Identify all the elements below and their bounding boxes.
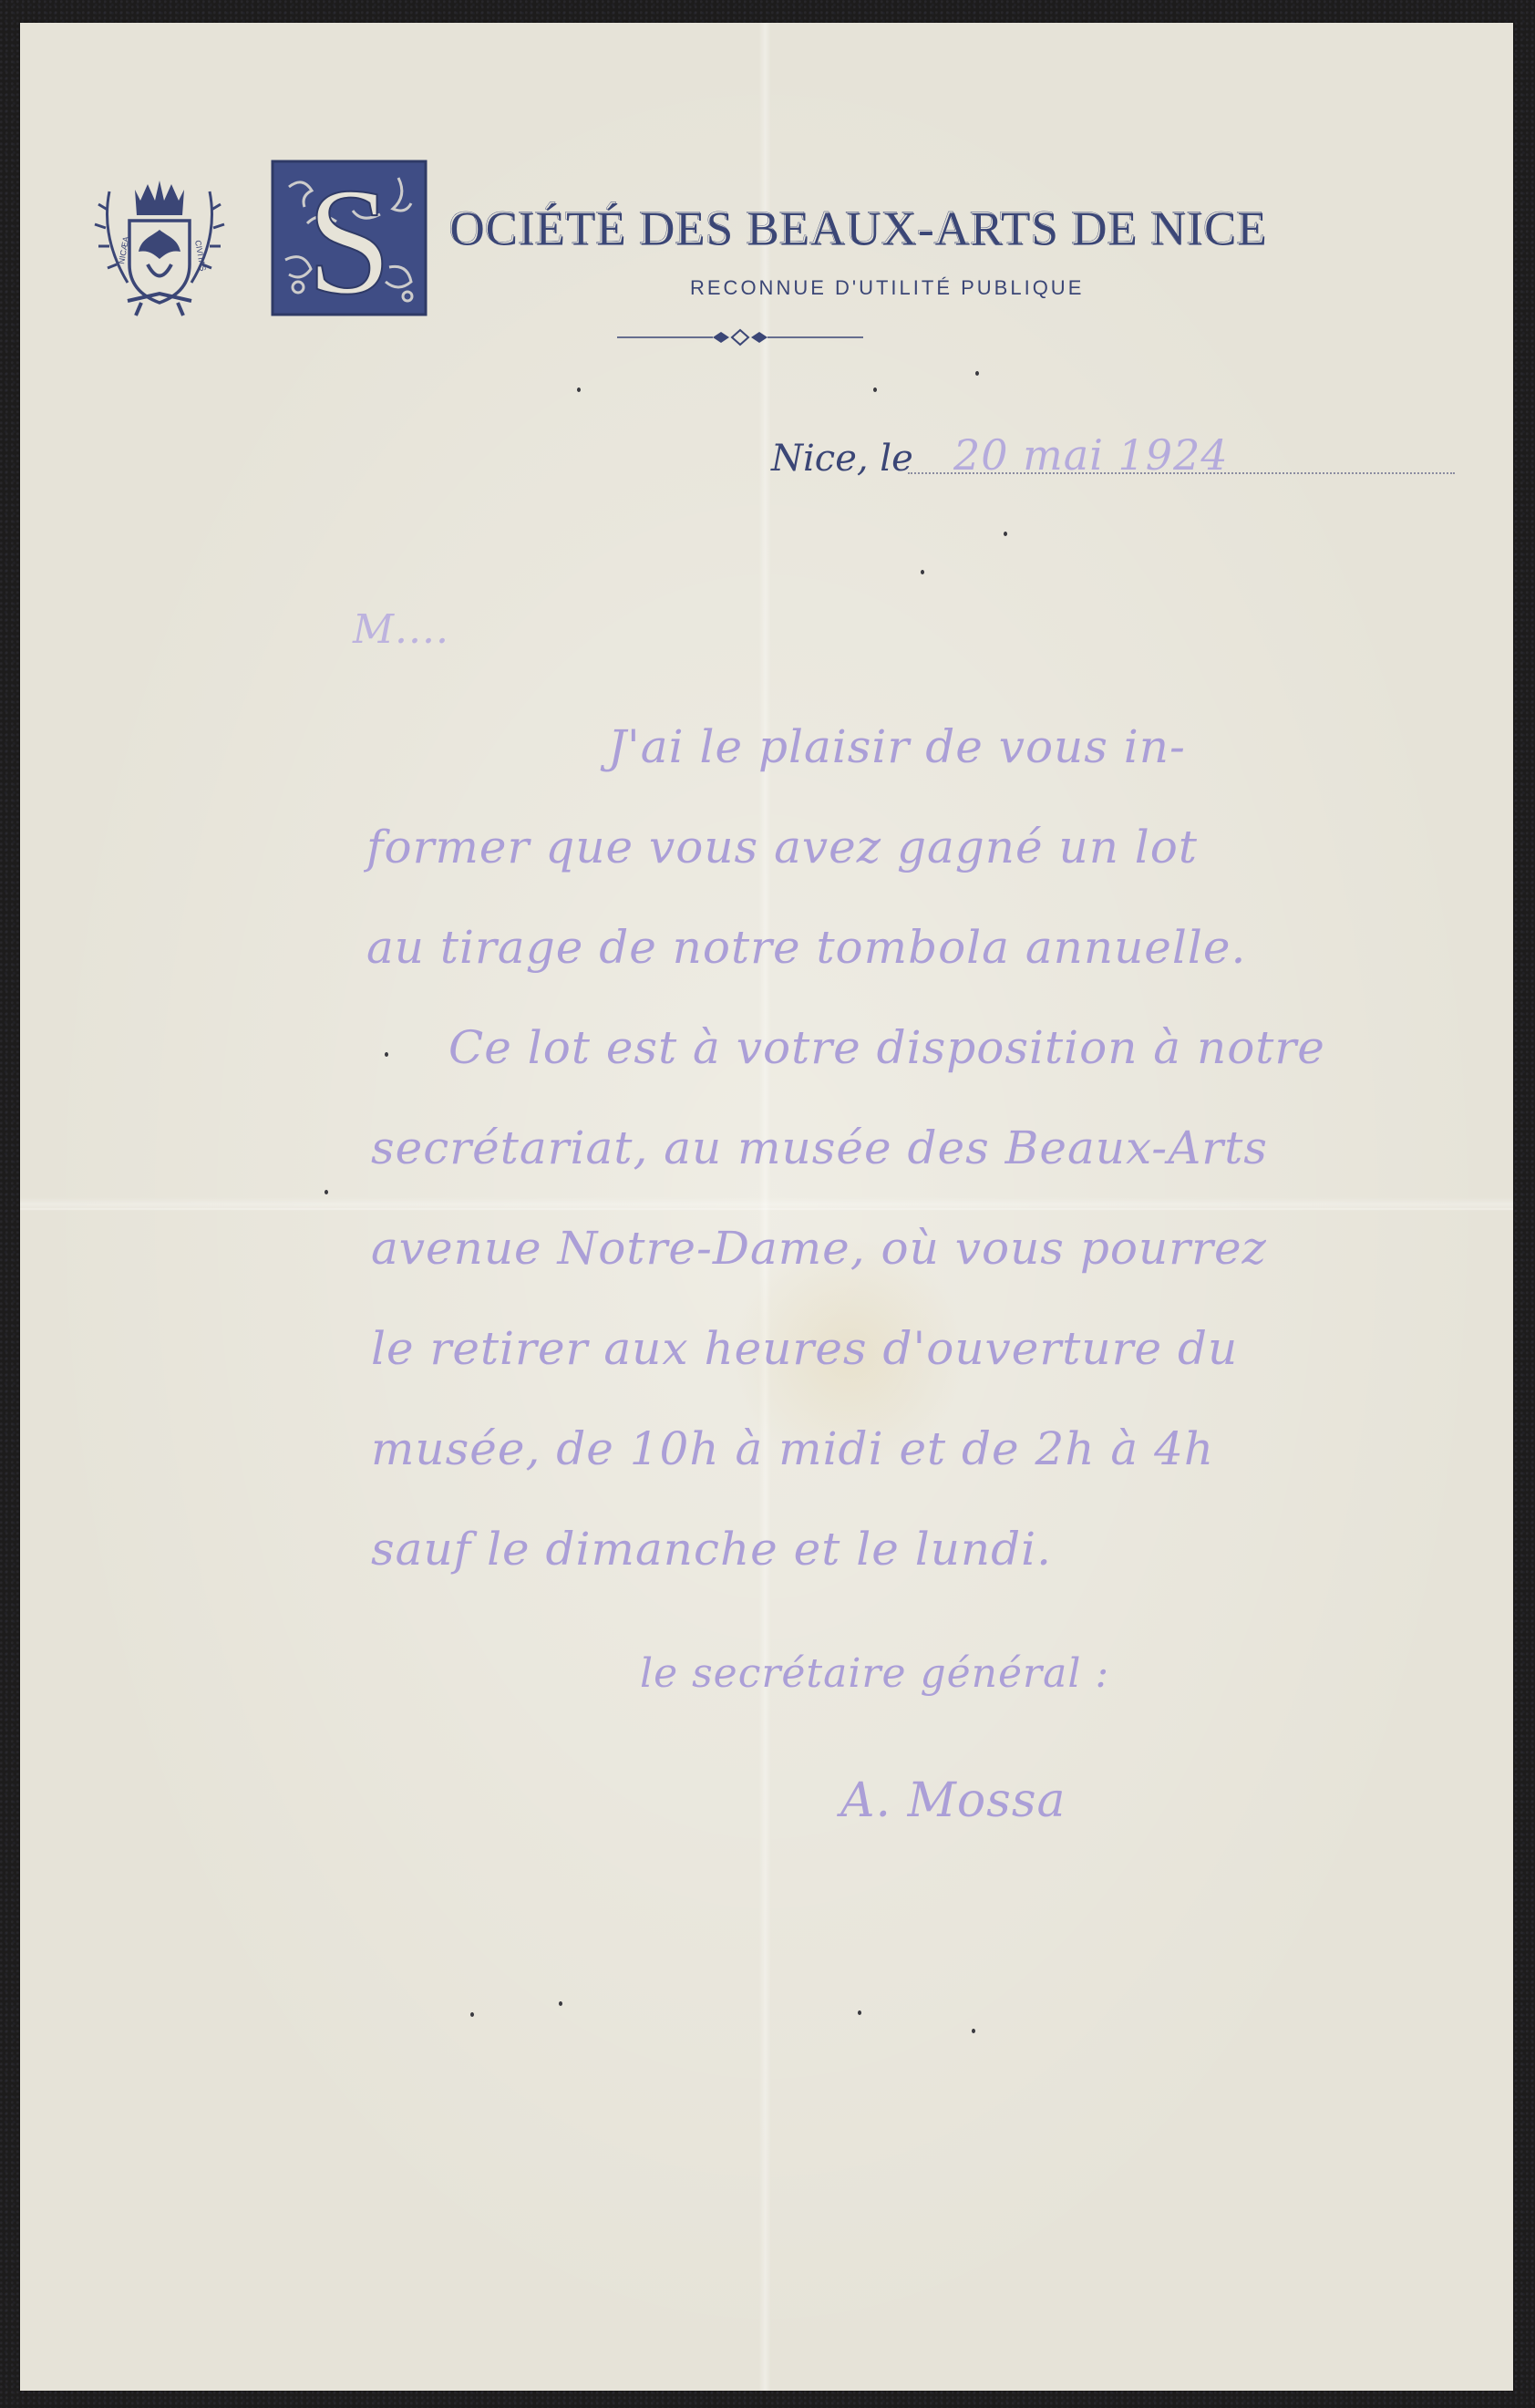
handwritten-date: 20 mai 1924 — [953, 430, 1229, 480]
body-line: J'ai le plaisir de vous in- — [608, 720, 1186, 773]
body-line: au tirage de notre tombola annuelle. — [366, 921, 1246, 974]
society-name: OCIÉTÉ DES BEAUX-ARTS DE NICE — [448, 201, 1442, 255]
paper-speck — [972, 2029, 975, 2033]
closing-title: le secrétaire général : — [640, 1650, 1109, 1697]
paper-speck — [559, 2001, 562, 2006]
body-line: le retirer aux heures d'ouverture du — [371, 1322, 1238, 1375]
signature: A. Mossa — [840, 1773, 1066, 1828]
paper-speck — [325, 1190, 328, 1194]
letter-page: NICÆA CIVITAS S OCIÉTÉ DES BEAUX-ARTS DE… — [20, 23, 1513, 2391]
body-line: secrétariat, au musée des Beaux-Arts — [371, 1121, 1268, 1174]
svg-text:CIVITAS: CIVITAS — [193, 240, 208, 273]
printed-place: Nice, le — [771, 438, 913, 480]
society-subtitle: RECONNUE D'UTILITÉ PUBLIQUE — [690, 276, 1084, 300]
paper-speck — [470, 2012, 474, 2017]
paper-speck — [975, 371, 979, 376]
body-line: Ce lot est à votre disposition à notre — [448, 1021, 1325, 1074]
paper-speck — [385, 1052, 388, 1057]
nice-coat-of-arms-icon: NICÆA CIVITAS — [91, 164, 228, 319]
body-line: former que vous avez gagné un lot — [366, 821, 1198, 873]
dateline: Nice, le 20 mai 1924 — [771, 438, 1464, 492]
paper-speck — [858, 2010, 861, 2015]
paper-speck — [873, 388, 877, 392]
body-line: sauf le dimanche et le lundi. — [371, 1523, 1052, 1576]
ornament-divider-icon — [617, 328, 863, 346]
paper-speck — [921, 570, 924, 574]
svg-text:S: S — [306, 160, 391, 316]
paper-speck — [1004, 532, 1007, 536]
salutation: M.... — [353, 606, 449, 653]
paper-speck — [577, 388, 581, 392]
decorative-initial-s-icon: S — [271, 160, 428, 316]
body-line: musée, de 10h à midi et de 2h à 4h — [371, 1422, 1214, 1475]
body-line: avenue Notre-Dame, où vous pourrez — [371, 1222, 1267, 1275]
fold-crease — [20, 1208, 1513, 1210]
